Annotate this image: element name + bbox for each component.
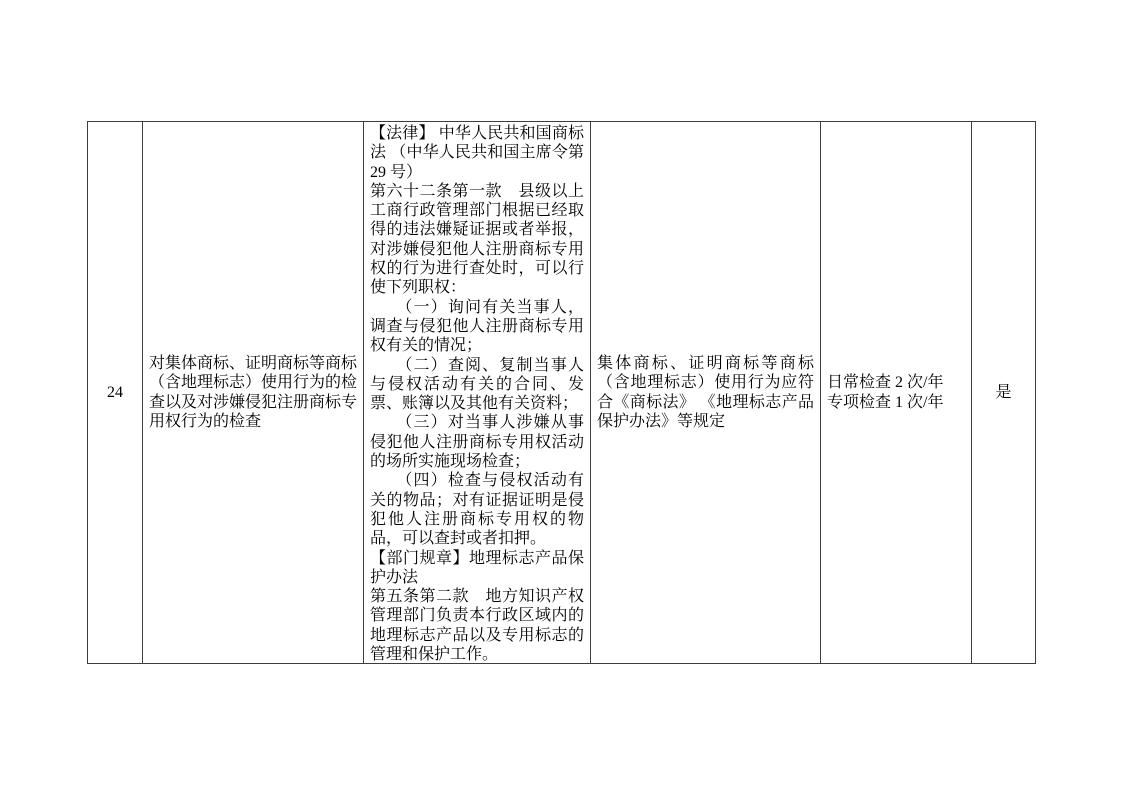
cell-inspection-item: 对集体商标、证明商标等商标（含地理标志）使用行为的检查以及对涉嫌侵犯注册商标专用… [143, 122, 364, 664]
inspection-content-text: 集体商标、证明商标等商标（含地理标志）使用行为应符合《商标法》 《地理标志产品保… [597, 354, 814, 431]
seq-number-text: 24 [107, 384, 123, 401]
cell-inspection-content: 集体商标、证明商标等商标（含地理标志）使用行为应符合《商标法》 《地理标志产品保… [591, 122, 821, 664]
legal-basis-paragraph: （四）检查与侵权活动有关的物品；对有证据证明是侵犯他人注册商标专用权的物品，可以… [370, 471, 584, 548]
legal-basis-paragraph: 【法律】 中华人民共和国商标法 （中华人民共和国主席令第29 号） [370, 124, 584, 182]
cell-legal-basis: 【法律】 中华人民共和国商标法 （中华人民共和国主席令第29 号） 第六十二条第… [364, 122, 591, 664]
inspection-item-text: 对集体商标、证明商标等商标（含地理标志）使用行为的检查以及对涉嫌侵犯注册商标专用… [149, 354, 357, 431]
legal-basis-paragraph: 【部门规章】地理标志产品保护办法 [370, 549, 584, 588]
cell-inspection-frequency: 日常检查 2 次/年 专项检查 1 次/年 [821, 122, 972, 664]
frequency-line: 专项检查 1 次/年 [827, 393, 965, 412]
regulation-inspection-table: 24 对集体商标、证明商标等商标（含地理标志）使用行为的检查以及对涉嫌侵犯注册商… [87, 121, 1036, 664]
legal-basis-paragraph: （一）询问有关当事人，调查与侵犯他人注册商标专用权有关的情况； [370, 298, 584, 356]
legal-basis-paragraph: （三）对当事人涉嫌从事侵犯他人注册商标专用权活动的场所实施现场检查； [370, 413, 584, 471]
cell-spot-check-flag: 是 [972, 122, 1036, 664]
legal-basis-text: 【法律】 中华人民共和国商标法 （中华人民共和国主席令第29 号） 第六十二条第… [370, 124, 584, 661]
cell-seq-number: 24 [88, 122, 143, 664]
table-row: 24 对集体商标、证明商标等商标（含地理标志）使用行为的检查以及对涉嫌侵犯注册商… [88, 122, 1036, 664]
frequency-line: 日常检查 2 次/年 [827, 373, 965, 392]
legal-basis-paragraph: 第六十二条第一款 县级以上工商行政管理部门根据已经取得的违法嫌疑证据或者举报，对… [370, 182, 584, 298]
spot-check-text: 是 [995, 384, 1011, 401]
legal-basis-paragraph: 第五条第二款 地方知识产权管理部门负责本行政区域内的地理标志产品以及专用标志的管… [370, 587, 584, 661]
legal-basis-paragraph: （二）查阅、复制当事人与侵权活动有关的合同、发票、账簿以及其他有关资料； [370, 356, 584, 414]
document-page: 24 对集体商标、证明商标等商标（含地理标志）使用行为的检查以及对涉嫌侵犯注册商… [0, 0, 1122, 793]
